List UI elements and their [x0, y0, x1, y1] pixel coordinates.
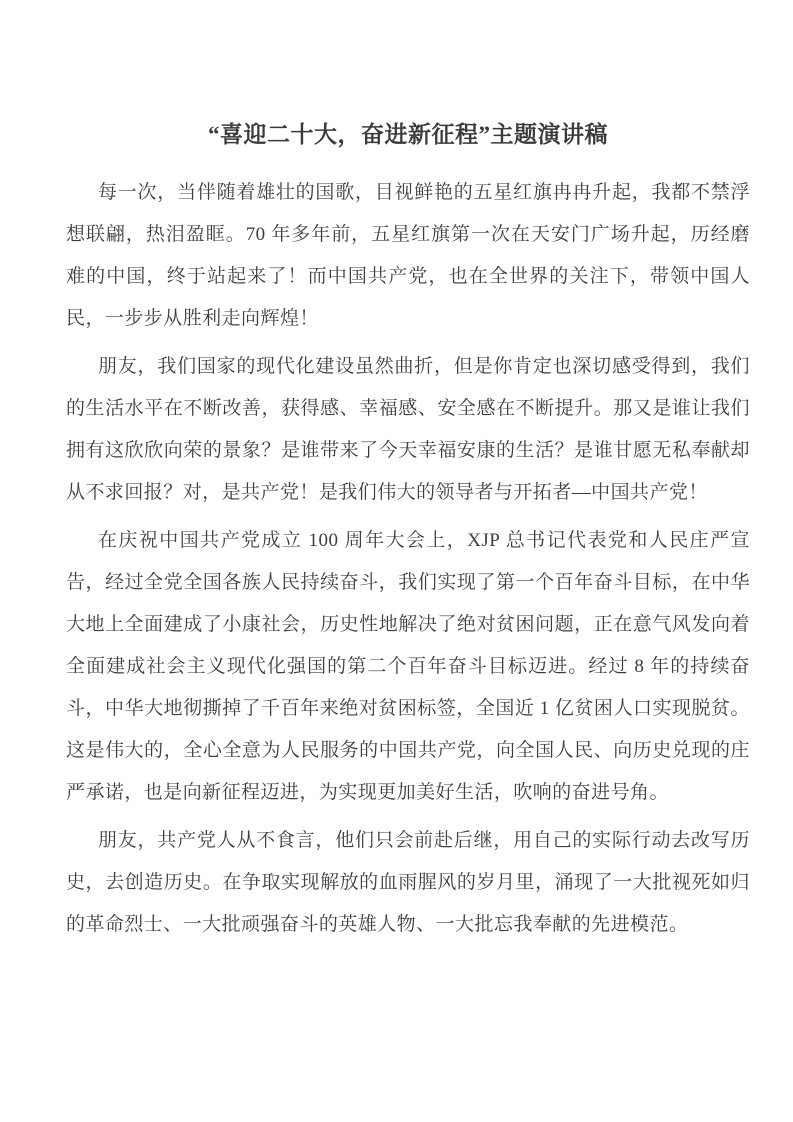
- paragraph-2: 朋友，我们国家的现代化建设虽然曲折，但是你肯定也深切感受得到，我们的生活水平在不…: [66, 346, 750, 514]
- paragraph-3: 在庆祝中国共产党成立 100 周年大会上，XJP 总书记代表党和人民庄严宣告，经…: [66, 520, 750, 814]
- document-content: “喜迎二十大，奋进新征程”主题演讲稿 每一次，当伴随着雄壮的国歌，目视鲜艳的五星…: [66, 110, 750, 952]
- paragraph-1: 每一次，当伴随着雄壮的国歌，目视鲜艳的五星红旗冉冉升起，我都不禁浮想联翩，热泪盈…: [66, 172, 750, 340]
- paragraph-4: 朋友，共产党人从不食言，他们只会前赴后继，用自己的实际行动去改写历史，去创造历史…: [66, 820, 750, 946]
- document-title: “喜迎二十大，奋进新征程”主题演讲稿: [66, 110, 750, 160]
- document-page: “喜迎二十大，奋进新征程”主题演讲稿 每一次，当伴随着雄壮的国歌，目视鲜艳的五星…: [0, 0, 793, 1122]
